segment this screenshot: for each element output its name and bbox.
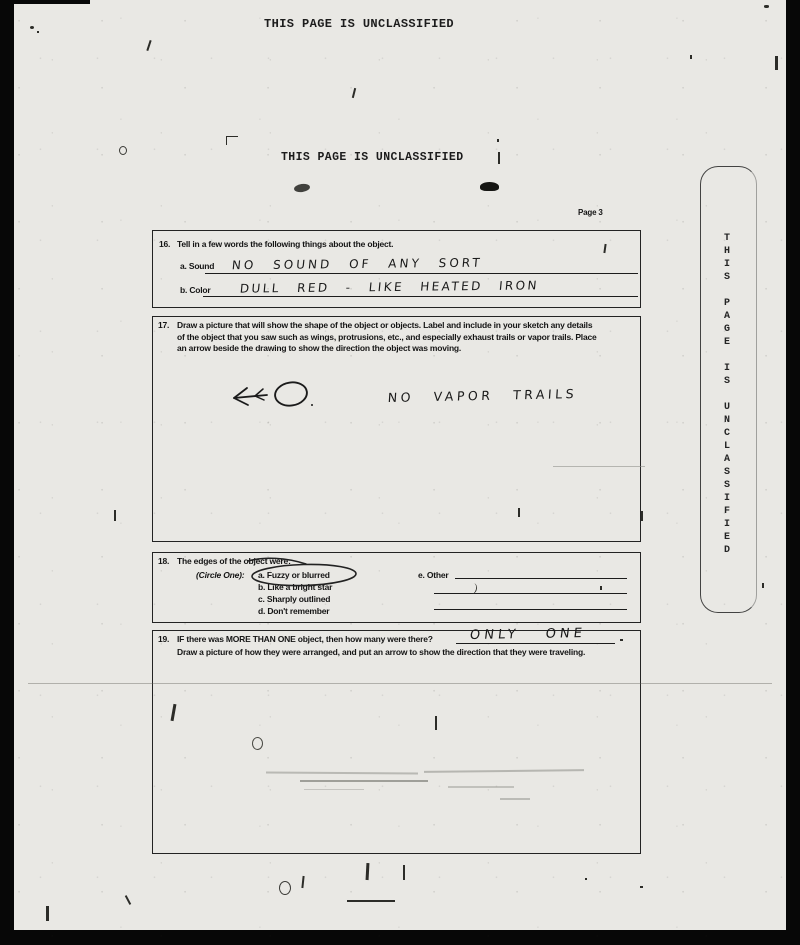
q19-prompt: IF there was MORE THAN ONE object, then … — [177, 634, 433, 644]
scan-speck — [226, 136, 238, 145]
classification-header-top: THIS PAGE IS UNCLASSIFIED — [264, 17, 454, 31]
q16-prompt: Tell in a few words the following things… — [177, 239, 393, 249]
circle-one-annotation — [240, 552, 375, 592]
scan-speck — [301, 876, 304, 888]
classification-header-middle: THIS PAGE IS UNCLASSIFIED — [281, 151, 464, 164]
q16-number: 16. — [159, 239, 170, 249]
q18-option-e: e. Other — [418, 570, 449, 580]
q17-prompt-line1: Draw a picture that will show the shape … — [177, 320, 592, 330]
q19-prompt2: Draw a picture of how they were arranged… — [177, 647, 585, 657]
ink-smudge — [294, 183, 311, 193]
scan-speck — [352, 88, 356, 98]
scan-smudge — [448, 786, 514, 788]
scan-speck — [146, 40, 151, 51]
page-number: Page 3 — [578, 208, 603, 217]
scan-border-bottom — [0, 930, 800, 945]
scan-speck — [620, 639, 623, 641]
scan-speck — [279, 881, 291, 895]
q17-number: 17. — [158, 320, 169, 330]
q19-answer: ONLY ONE — [469, 626, 587, 643]
q16-sound-answer: NO SOUND OF ANY SORT — [231, 256, 483, 273]
scan-speck — [762, 583, 764, 588]
scan-speck — [37, 31, 39, 33]
scan-speck — [403, 865, 405, 880]
scan-speck — [600, 586, 602, 590]
q17-prompt-line2: of the object that you saw such as wings… — [177, 332, 597, 342]
scan-speck — [366, 863, 369, 880]
form-section-19 — [152, 630, 641, 854]
scan-speck — [641, 511, 643, 521]
ink-smudge — [480, 182, 499, 191]
scan-smudge — [304, 789, 364, 790]
scan-border-top — [0, 0, 90, 4]
scan-speck — [690, 55, 692, 59]
answer-line-sound — [205, 273, 638, 274]
scan-speck — [497, 139, 499, 142]
scan-smudge — [500, 798, 530, 800]
q18-option-c: c. Sharply outlined — [258, 594, 330, 604]
sketch-arrow-and-object — [222, 376, 352, 418]
scan-speck — [114, 510, 116, 521]
q19-number: 19. — [158, 634, 169, 644]
answer-line-count — [456, 643, 615, 644]
sketch-arrow-icon — [234, 395, 267, 398]
scan-fold-line — [28, 683, 772, 684]
side-classification-stamp: T H I S P A G E I S U N C L A S S I F I … — [719, 232, 735, 557]
q18-option-d: d. Don't remember — [258, 606, 329, 616]
scanned-page: THIS PAGE IS UNCLASSIFIED THIS PAGE IS U… — [0, 0, 800, 945]
scan-speck — [252, 737, 263, 750]
q18-number: 18. — [158, 556, 169, 566]
scan-speck — [435, 716, 437, 730]
other-line-2 — [434, 593, 627, 594]
answer-line-color — [203, 296, 638, 297]
q17-prompt-line3: an arrow beside the drawing to show the … — [177, 343, 461, 353]
other-line-3 — [434, 609, 627, 610]
scan-speck — [553, 466, 645, 467]
scan-smudge — [300, 780, 428, 782]
scan-speck — [764, 5, 769, 8]
q16-sound-label: a. Sound — [180, 261, 214, 271]
scan-speck — [30, 26, 34, 29]
scan-border-left — [0, 0, 14, 945]
scan-border-right — [786, 0, 800, 945]
scan-speck — [347, 900, 395, 902]
scan-speck — [775, 56, 778, 70]
scan-speck — [119, 146, 127, 155]
sketch-object-oval — [273, 380, 308, 408]
other-line-1 — [455, 578, 627, 579]
scan-speck — [640, 886, 643, 888]
q18-circle-one-label: (Circle One): — [196, 570, 244, 580]
q16-color-label: b. Color — [180, 285, 211, 295]
scan-speck — [46, 906, 49, 921]
scan-speck — [585, 878, 587, 880]
scan-speck — [125, 895, 131, 905]
scan-speck — [518, 508, 520, 517]
scan-speck — [498, 152, 500, 164]
